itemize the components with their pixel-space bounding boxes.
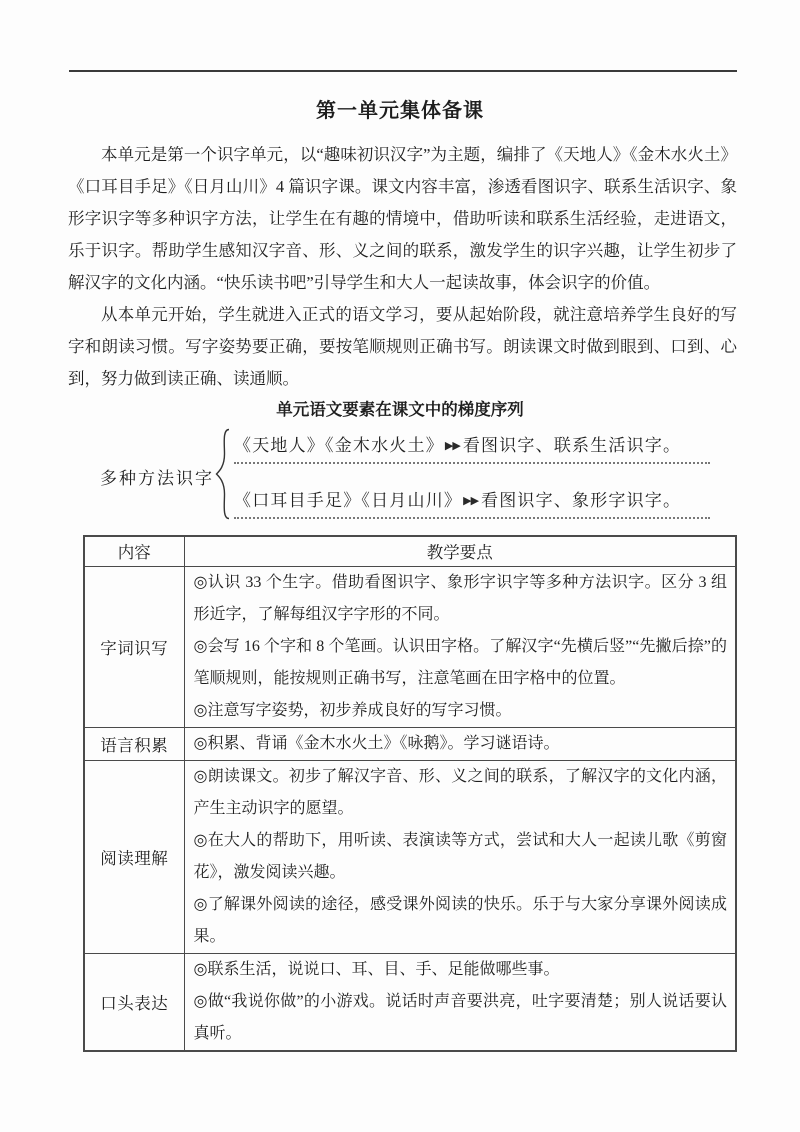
branch-method: 看图识字、联系生活识字。 bbox=[463, 436, 681, 455]
diagram-branch-1: 《天地人》《金木水火土》▶▶看图识字、联系生活识字。 bbox=[234, 435, 710, 464]
points-cell: ◎朗读课文。初步了解汉字音、形、义之间的联系，了解汉字的文化内涵，产生主动识字的… bbox=[184, 760, 736, 953]
teaching-point: ◎朗读课文。初步了解汉字音、形、义之间的联系，了解汉字的文化内涵，产生主动识字的… bbox=[194, 761, 728, 825]
teaching-point: ◎做“我说你做”的小游戏。说话时声音要洪亮，吐字要清楚；别人说话要认真听。 bbox=[194, 986, 728, 1050]
teaching-point: ◎认识 33 个生字。借助看图识字、象形字识字等多种方法识字。区分 3 组形近字… bbox=[194, 567, 728, 631]
curly-brace-icon bbox=[215, 428, 231, 525]
table-row-oral-expression: 口头表达 ◎联系生活，说说口、耳、目、手、足能做哪些事。 ◎做“我说你做”的小游… bbox=[84, 953, 736, 1051]
section-heading: 单元语文要素在课文中的梯度序列 bbox=[0, 398, 800, 422]
intro-paragraph-2: 从本单元开始，学生就进入正式的语文学习，要从起始阶段，就注意培养学生良好的写字和… bbox=[68, 299, 737, 395]
teaching-point: ◎注意写字姿势，初步养成良好的写字习惯。 bbox=[194, 695, 728, 727]
diagram-branch-2: 《口耳目手足》《日月山川》▶▶看图识字、象形字识字。 bbox=[234, 490, 710, 519]
teaching-point: ◎会写 16 个字和 8 个笔画。认识田字格。了解汉字“先横后竖”“先撇后捺”的… bbox=[194, 631, 728, 695]
column-header-content: 内容 bbox=[84, 536, 184, 566]
column-header-teaching-points: 教学要点 bbox=[184, 536, 736, 566]
category-cell: 口头表达 bbox=[84, 953, 184, 1051]
category-cell: 语言积累 bbox=[84, 727, 184, 760]
teaching-point: ◎积累、背诵《金木水火土》《咏鹅》。学习谜语诗。 bbox=[194, 728, 728, 760]
table-row-reading-comprehension: 阅读理解 ◎朗读课文。初步了解汉字音、形、义之间的联系，了解汉字的文化内涵，产生… bbox=[84, 760, 736, 953]
category-cell: 阅读理解 bbox=[84, 760, 184, 953]
category-cell: 字词识写 bbox=[84, 566, 184, 727]
document-page: 第一单元集体备课 本单元是第一个识字单元，以“趣味初识汉字”为主题，编排了《天地… bbox=[0, 0, 800, 1052]
table-row-word-recognition: 字词识写 ◎认识 33 个生字。借助看图识字、象形字识字等多种方法识字。区分 3… bbox=[84, 566, 736, 727]
teaching-points-table: 内容 教学要点 字词识写 ◎认识 33 个生字。借助看图识字、象形字识字等多种方… bbox=[83, 535, 737, 1052]
teaching-point: ◎了解课外阅读的途径，感受课外阅读的快乐。乐于与大家分享课外阅读成果。 bbox=[194, 889, 728, 953]
table-header-row: 内容 教学要点 bbox=[84, 536, 736, 566]
double-arrow-icon: ▶▶ bbox=[463, 494, 478, 507]
points-cell: ◎积累、背诵《金木水火土》《咏鹅》。学习谜语诗。 bbox=[184, 727, 736, 760]
teaching-point: ◎联系生活，说说口、耳、目、手、足能做哪些事。 bbox=[194, 954, 728, 986]
double-arrow-icon: ▶▶ bbox=[445, 439, 460, 452]
diagram-branches: 《天地人》《金木水火土》▶▶看图识字、联系生活识字。 《口耳目手足》《日月山川》… bbox=[234, 435, 710, 519]
header-divider bbox=[69, 70, 737, 72]
diagram-label: 多种方法识字 bbox=[100, 464, 214, 489]
table-row-language-accumulation: 语言积累 ◎积累、背诵《金木水火土》《咏鹅》。学习谜语诗。 bbox=[84, 727, 736, 760]
points-cell: ◎联系生活，说说口、耳、目、手、足能做哪些事。 ◎做“我说你做”的小游戏。说话时… bbox=[184, 953, 736, 1051]
teaching-point: ◎在大人的帮助下，用听读、表演读等方式，尝试和大人一起读儿歌《剪窗花》，激发阅读… bbox=[194, 825, 728, 889]
page-title: 第一单元集体备课 bbox=[0, 0, 800, 125]
intro-paragraph-1: 本单元是第一个识字单元，以“趣味初识汉字”为主题，编排了《天地人》《金木水火土》… bbox=[68, 139, 737, 299]
branch-method: 看图识字、象形字识字。 bbox=[481, 491, 681, 510]
branch-books: 《天地人》《金木水火土》 bbox=[234, 436, 444, 455]
gradient-sequence-diagram: 多种方法识字 《天地人》《金木水火土》▶▶看图识字、联系生活识字。 《口耳目手足… bbox=[100, 428, 800, 525]
branch-books: 《口耳目手足》《日月山川》 bbox=[234, 491, 462, 510]
points-cell: ◎认识 33 个生字。借助看图识字、象形字识字等多种方法识字。区分 3 组形近字… bbox=[184, 566, 736, 727]
